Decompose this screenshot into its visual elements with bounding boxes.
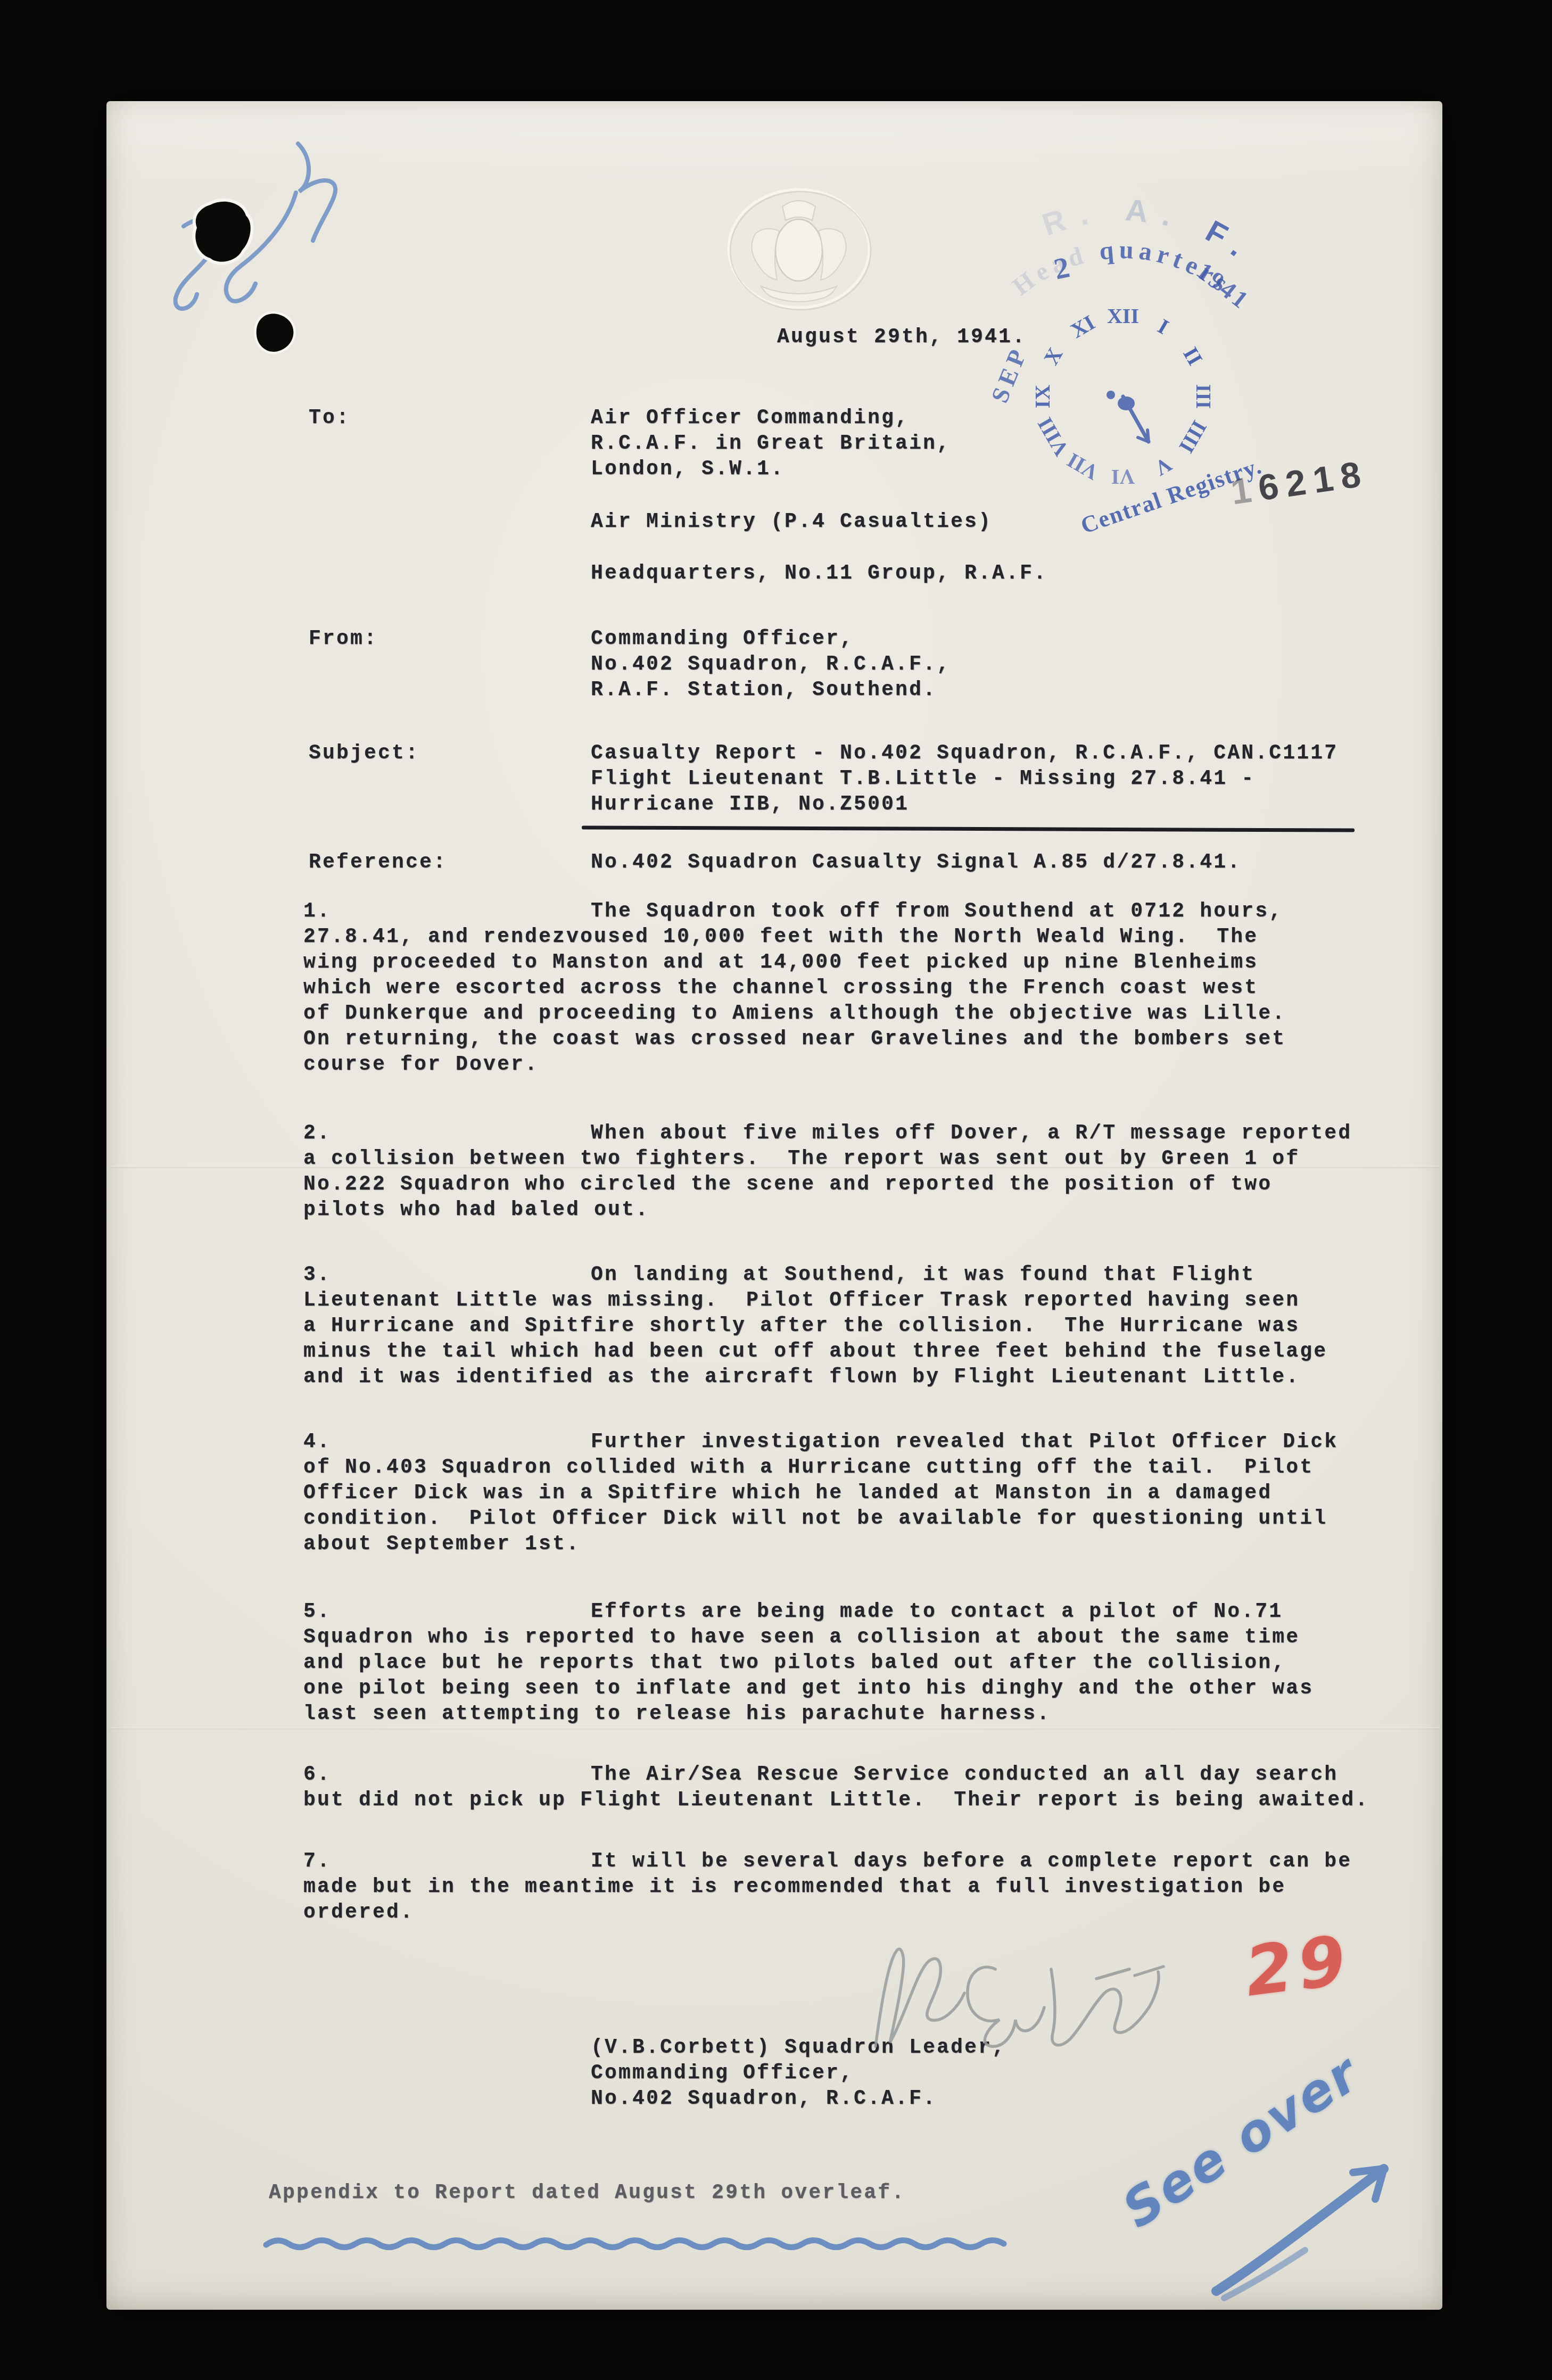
svg-text:X: X xyxy=(1039,343,1067,369)
scanned-document-page: R. A. F. Head quarters 2 1941 SEP XII I … xyxy=(0,0,1552,2380)
typed-line: R.C.A.F. in Great Britain, xyxy=(591,431,951,457)
paragraph-2-number: 2. xyxy=(303,1121,331,1146)
typed-line: minus the tail which had been cut off ab… xyxy=(303,1339,1384,1365)
typed-line: Officer Dick was in a Spitfire which he … xyxy=(303,1481,1384,1506)
typed-line: On landing at Southend, it was found tha… xyxy=(303,1262,1384,1288)
stamp-hq-faint: Head xyxy=(1008,240,1091,301)
typed-line: condition. Pilot Officer Dick will not b… xyxy=(303,1506,1384,1532)
received-number-prefix: 1 xyxy=(1228,468,1261,512)
paragraph-5: 5. Efforts are being made to contact a p… xyxy=(303,1599,1384,1727)
typed-line: and place but he reports that two pilots… xyxy=(303,1650,1384,1676)
svg-text:III: III xyxy=(1192,384,1216,409)
typed-line: R.A.F. Station, Southend. xyxy=(591,677,951,703)
svg-text:VIII: VIII xyxy=(1033,414,1074,460)
typed-line: pilots who had baled out. xyxy=(303,1197,1384,1223)
typed-line: ordered. xyxy=(303,1900,1384,1926)
typed-line: of No.403 Squadron collided with a Hurri… xyxy=(303,1455,1384,1481)
typed-line: No.222 Squadron who circled the scene an… xyxy=(303,1172,1384,1197)
to-address: Air Officer Commanding,R.C.A.F. in Great… xyxy=(591,406,951,482)
typed-line: wing proceeded to Manston and at 14,000 … xyxy=(303,950,1384,976)
typed-line: The Air/Sea Rescue Service conducted an … xyxy=(303,1762,1384,1788)
typed-line: No.402 Squadron, R.C.A.F. xyxy=(591,2086,1006,2112)
typed-line: London, S.W.1. xyxy=(591,457,951,482)
typed-line: When about five miles off Dover, a R/T m… xyxy=(303,1121,1384,1146)
reference-text: No.402 Squadron Casualty Signal A.85 d/2… xyxy=(591,850,1241,875)
reference-label: Reference: xyxy=(309,850,447,875)
typed-line: (V.B.Corbett) Squadron Leader, xyxy=(591,2035,1006,2061)
paragraph-5-number: 5. xyxy=(303,1599,331,1625)
typed-line: and it was identified as the aircraft fl… xyxy=(303,1365,1384,1390)
svg-text:XI: XI xyxy=(1067,310,1099,343)
typed-line: last seen attempting to release his para… xyxy=(303,1701,1384,1727)
typed-line: Further investigation revealed that Pilo… xyxy=(303,1429,1384,1455)
svg-text:V: V xyxy=(1151,452,1176,481)
typed-line: a collision between two fighters. The re… xyxy=(303,1146,1384,1172)
typed-line: Hurricane IIB, No.Z5001 xyxy=(591,792,1338,817)
svg-text:II: II xyxy=(1178,343,1208,369)
typed-line: about September 1st. xyxy=(303,1532,1384,1557)
svg-text:IX: IX xyxy=(1030,385,1054,409)
typed-line: Flight Lieutenant T.B.Little - Missing 2… xyxy=(591,766,1338,792)
paragraph-1-number: 1. xyxy=(303,899,331,924)
typed-line: Commanding Officer, xyxy=(591,2061,1006,2086)
paragraph-4: 4. Further investigation revealed that P… xyxy=(303,1429,1384,1557)
typed-line: It will be several days before a complet… xyxy=(303,1849,1384,1874)
svg-text:VII: VII xyxy=(1063,448,1102,485)
paper-crease-lower xyxy=(109,1727,1440,1730)
embossed-royal-crest xyxy=(724,185,874,312)
paragraph-3-number: 3. xyxy=(303,1262,331,1288)
typed-line: Casualty Report - No.402 Squadron, R.C.A… xyxy=(591,741,1338,766)
typed-line: Lieutenant Little was missing. Pilot Off… xyxy=(303,1288,1384,1313)
addressee-air-ministry: Air Ministry (P.4 Casualties) xyxy=(591,509,992,535)
typed-line: On returning, the coast was crossed near… xyxy=(303,1027,1384,1052)
paragraph-6: 6. The Air/Sea Rescue Service conducted … xyxy=(303,1762,1384,1813)
typed-line: course for Dover. xyxy=(303,1052,1384,1078)
typed-line: which were escorted across the channel c… xyxy=(303,976,1384,1001)
paragraph-7-number: 7. xyxy=(303,1849,331,1874)
svg-text:IIII: IIII xyxy=(1175,417,1212,457)
typed-line: Efforts are being made to contact a pilo… xyxy=(303,1599,1384,1625)
typed-line: but did not pick up Flight Lieutenant Li… xyxy=(303,1788,1384,1813)
from-label: From: xyxy=(309,626,378,652)
subject-label: Subject: xyxy=(309,741,419,766)
typed-line: a Hurricane and Spitfire shortly after t… xyxy=(303,1313,1384,1339)
red-crayon-number: 29 xyxy=(1241,1920,1356,2012)
stamp-date-month: SEP xyxy=(986,341,1033,406)
typed-line: of Dunkerque and proceeding to Amiens al… xyxy=(303,1001,1384,1027)
paragraph-6-number: 6. xyxy=(303,1762,331,1788)
paragraph-4-number: 4. xyxy=(303,1429,331,1455)
paragraph-7: 7. It will be several days before a comp… xyxy=(303,1849,1384,1926)
from-address: Commanding Officer,No.402 Squadron, R.C.… xyxy=(591,626,951,703)
svg-text:I: I xyxy=(1154,314,1173,339)
typed-line: 27.8.41, and rendezvoused 10,000 feet wi… xyxy=(303,924,1384,950)
to-label: To: xyxy=(309,406,350,431)
svg-text:VI: VI xyxy=(1111,465,1135,489)
typed-line: Commanding Officer, xyxy=(591,626,951,652)
typed-line: No.402 Squadron, R.C.A.F., xyxy=(591,652,951,677)
typed-line: Squadron who is reported to have seen a … xyxy=(303,1625,1384,1650)
appendix-note: Appendix to Report dated August 29th ove… xyxy=(269,2180,905,2206)
signature-block: (V.B.Corbett) Squadron Leader,Commanding… xyxy=(591,2035,1006,2112)
typed-line: made but in the meantime it is recommend… xyxy=(303,1874,1384,1900)
paragraph-2: 2. When about five miles off Dover, a R/… xyxy=(303,1121,1384,1223)
stamp-clock-hand xyxy=(1107,391,1149,442)
paragraph-3: 3. On landing at Southend, it was found … xyxy=(303,1262,1384,1390)
paragraph-1: 1. The Squadron took off from Southend a… xyxy=(303,899,1384,1078)
addressee-headquarters: Headquarters, No.11 Group, R.A.F. xyxy=(591,561,1047,586)
typed-line: The Squadron took off from Southend at 0… xyxy=(303,899,1384,924)
stamp-org-faint: R. xyxy=(1038,193,1125,243)
subject-text: Casualty Report - No.402 Squadron, R.C.A… xyxy=(591,741,1338,817)
typed-line: Air Officer Commanding, xyxy=(591,406,951,431)
date-line: August 29th, 1941. xyxy=(777,325,1026,350)
svg-text:XII: XII xyxy=(1107,304,1139,328)
typed-line: one pilot being seen to inflate and get … xyxy=(303,1676,1384,1701)
